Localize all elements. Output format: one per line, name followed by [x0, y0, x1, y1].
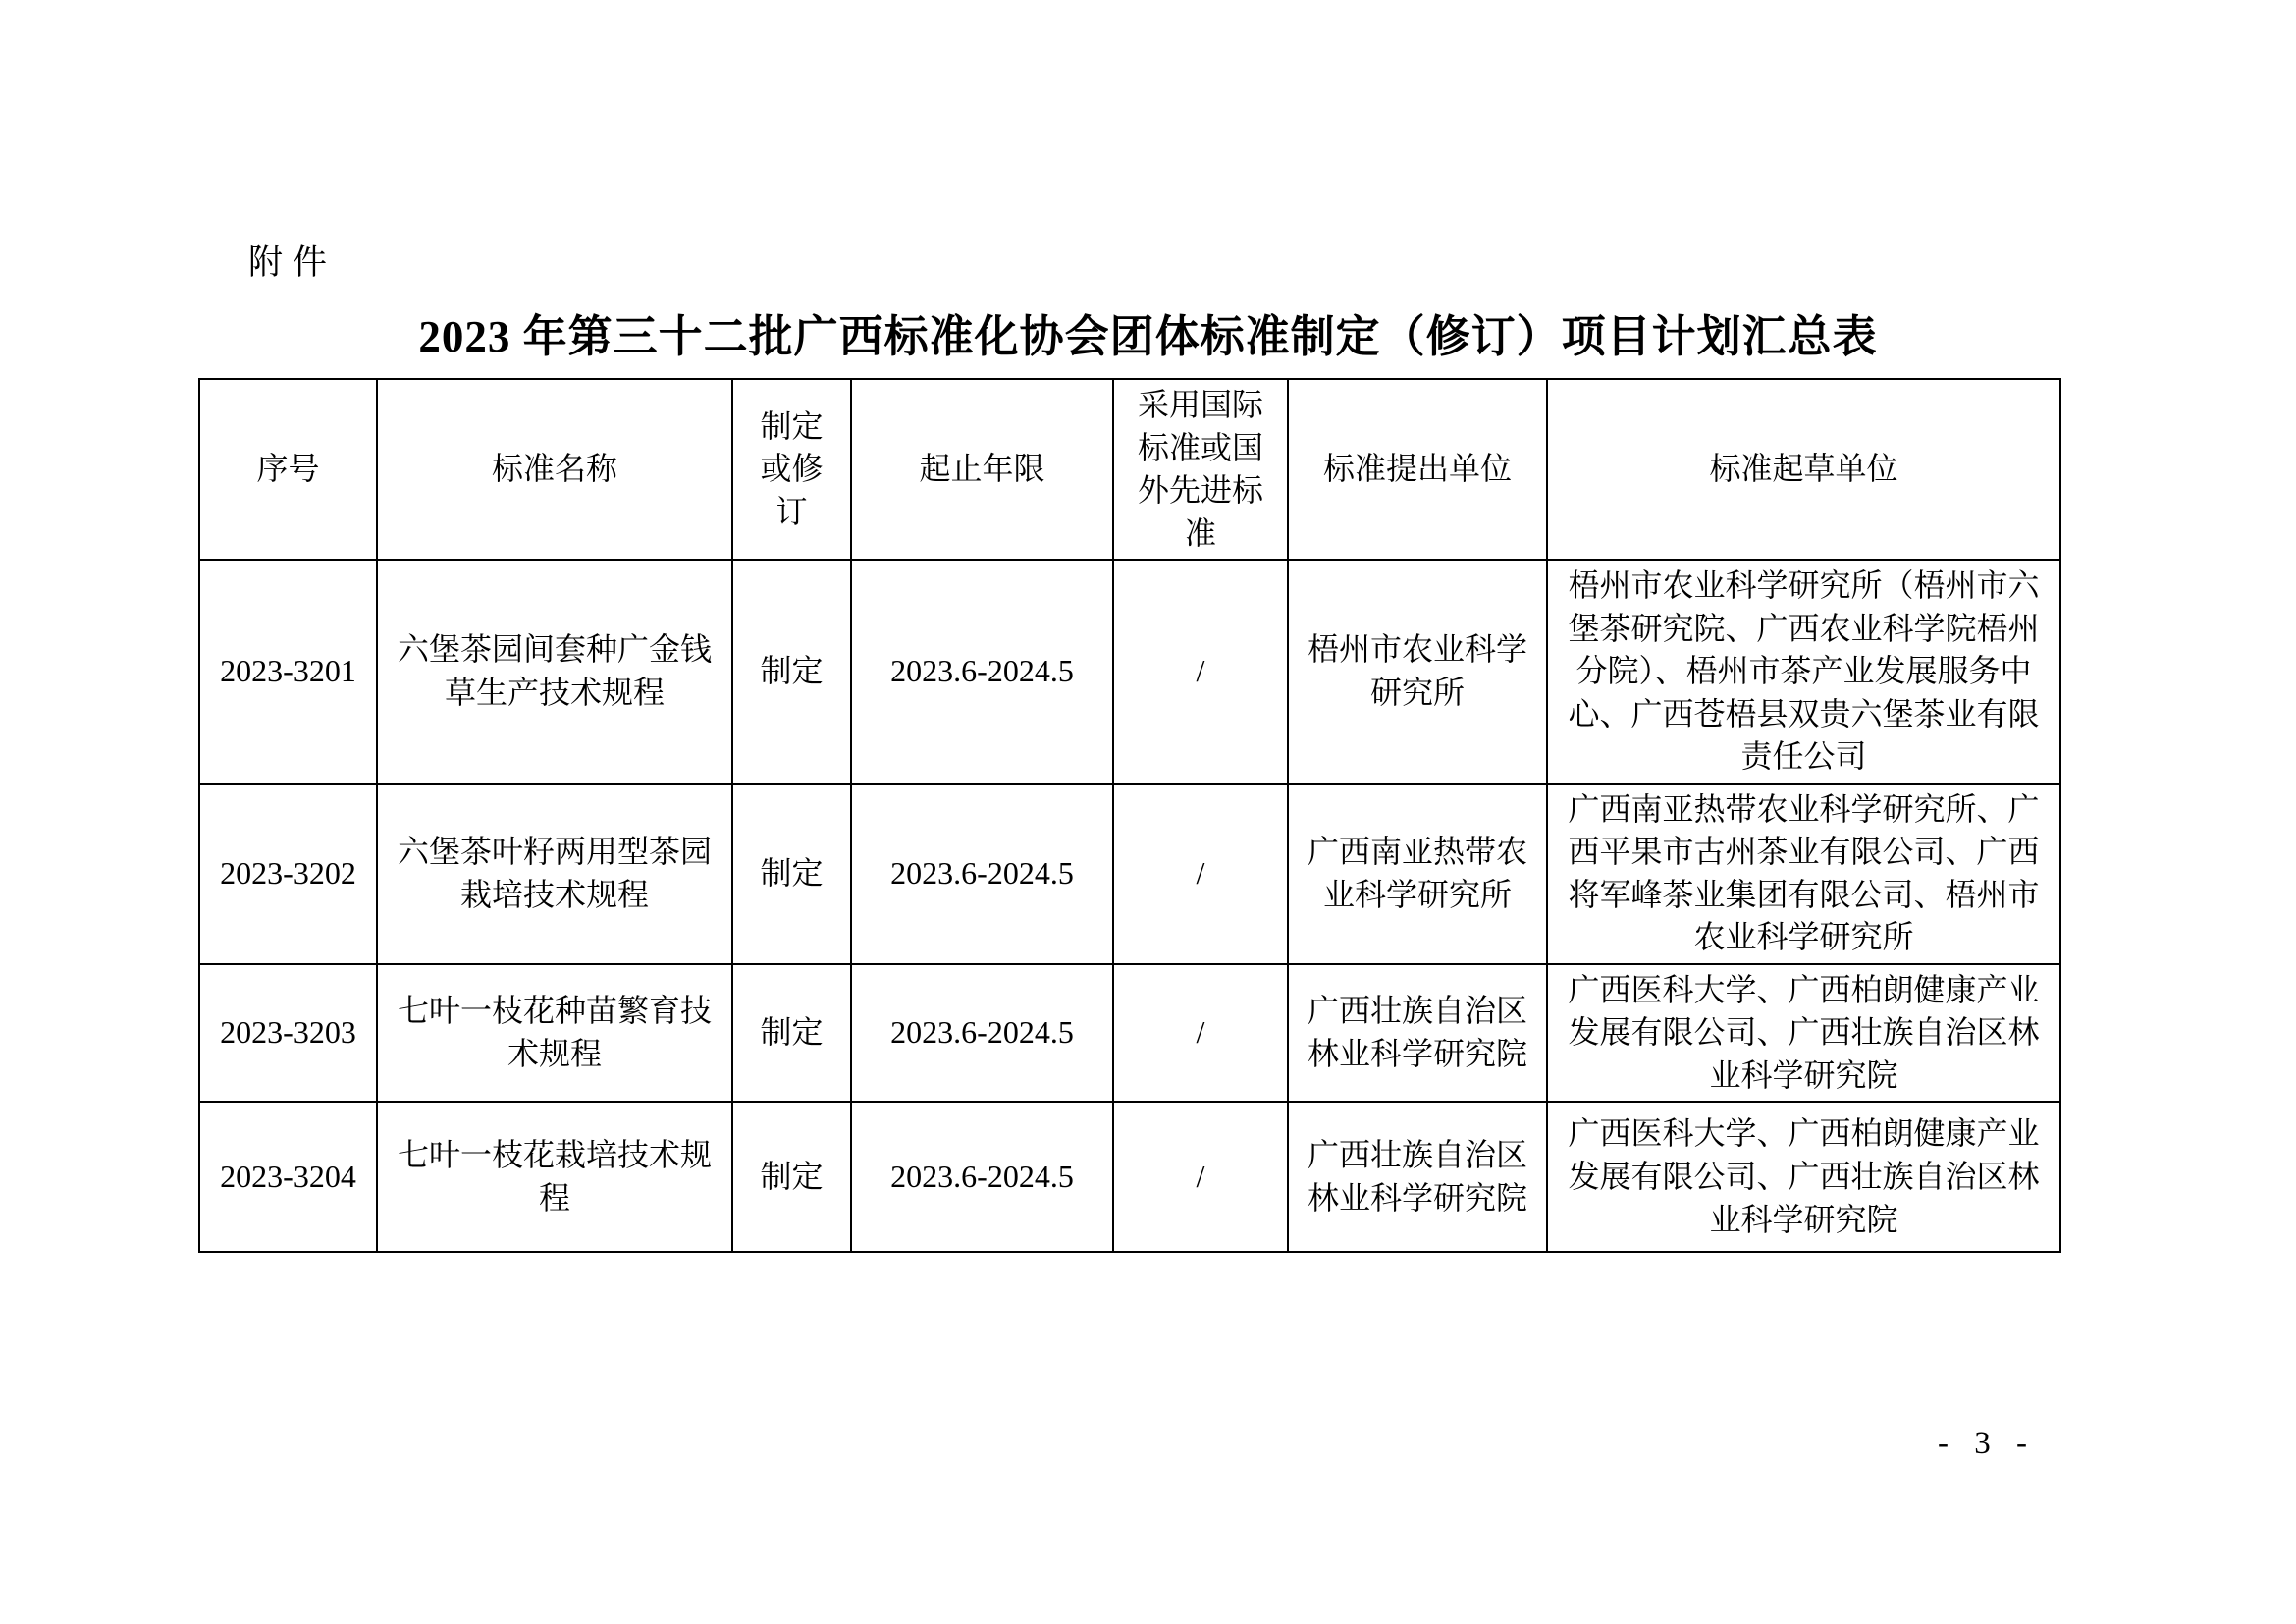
cell-serial: 2023-3203: [199, 964, 377, 1103]
table-header-row: 序号 标准名称 制定或修订 起止年限 采用国际标准或国外先进标准 标准提出单位 …: [199, 379, 2060, 560]
cell-period: 2023.6-2024.5: [851, 1102, 1113, 1252]
cell-proposer: 广西壮族自治区林业科学研究院: [1288, 964, 1547, 1103]
cell-serial: 2023-3201: [199, 560, 377, 784]
col-header-period: 起止年限: [851, 379, 1113, 560]
table-row: 2023-3204 七叶一枝花栽培技术规程 制定 2023.6-2024.5 /…: [199, 1102, 2060, 1252]
cell-type: 制定: [732, 964, 851, 1103]
cell-name: 六堡茶叶籽两用型茶园栽培技术规程: [377, 784, 732, 964]
cell-serial: 2023-3202: [199, 784, 377, 964]
cell-intl: /: [1113, 964, 1288, 1103]
cell-name: 七叶一枝花栽培技术规程: [377, 1102, 732, 1252]
col-header-proposer: 标准提出单位: [1288, 379, 1547, 560]
cell-intl: /: [1113, 560, 1288, 784]
col-header-type: 制定或修订: [732, 379, 851, 560]
cell-type: 制定: [732, 560, 851, 784]
table-row: 2023-3203 七叶一枝花种苗繁育技术规程 制定 2023.6-2024.5…: [199, 964, 2060, 1103]
col-header-drafter: 标准起草单位: [1547, 379, 2060, 560]
cell-drafter: 广西医科大学、广西柏朗健康产业发展有限公司、广西壮族自治区林业科学研究院: [1547, 964, 2060, 1103]
page-number: - 3 -: [1938, 1426, 2029, 1462]
cell-drafter: 梧州市农业科学研究所（梧州市六堡茶研究院、广西农业科学院梧州分院）、梧州市茶产业…: [1547, 560, 2060, 784]
document-page: 附件 2023 年第三十二批广西标准化协会团体标准制定（修订）项目计划汇总表 序…: [0, 0, 2296, 1624]
cell-type: 制定: [732, 1102, 851, 1252]
col-header-name: 标准名称: [377, 379, 732, 560]
cell-intl: /: [1113, 784, 1288, 964]
cell-intl: /: [1113, 1102, 1288, 1252]
cell-proposer: 梧州市农业科学研究所: [1288, 560, 1547, 784]
cell-name: 六堡茶园间套种广金钱草生产技术规程: [377, 560, 732, 784]
col-header-intl: 采用国际标准或国外先进标准: [1113, 379, 1288, 560]
cell-type: 制定: [732, 784, 851, 964]
cell-period: 2023.6-2024.5: [851, 784, 1113, 964]
cell-period: 2023.6-2024.5: [851, 560, 1113, 784]
cell-serial: 2023-3204: [199, 1102, 377, 1252]
cell-period: 2023.6-2024.5: [851, 964, 1113, 1103]
table-row: 2023-3201 六堡茶园间套种广金钱草生产技术规程 制定 2023.6-20…: [199, 560, 2060, 784]
cell-proposer: 广西南亚热带农业科学研究所: [1288, 784, 1547, 964]
table-row: 2023-3202 六堡茶叶籽两用型茶园栽培技术规程 制定 2023.6-202…: [199, 784, 2060, 964]
page-title: 2023 年第三十二批广西标准化协会团体标准制定（修订）项目计划汇总表: [0, 300, 2296, 364]
cell-drafter: 广西南亚热带农业科学研究所、广西平果市古州茶业有限公司、广西将军峰茶业集团有限公…: [1547, 784, 2060, 964]
cell-proposer: 广西壮族自治区林业科学研究院: [1288, 1102, 1547, 1252]
cell-name: 七叶一枝花种苗繁育技术规程: [377, 964, 732, 1103]
cell-drafter: 广西医科大学、广西柏朗健康产业发展有限公司、广西壮族自治区林业科学研究院: [1547, 1102, 2060, 1252]
col-header-serial: 序号: [199, 379, 377, 560]
attachment-label: 附件: [248, 236, 337, 285]
standards-plan-table: 序号 标准名称 制定或修订 起止年限 采用国际标准或国外先进标准 标准提出单位 …: [198, 378, 2061, 1253]
